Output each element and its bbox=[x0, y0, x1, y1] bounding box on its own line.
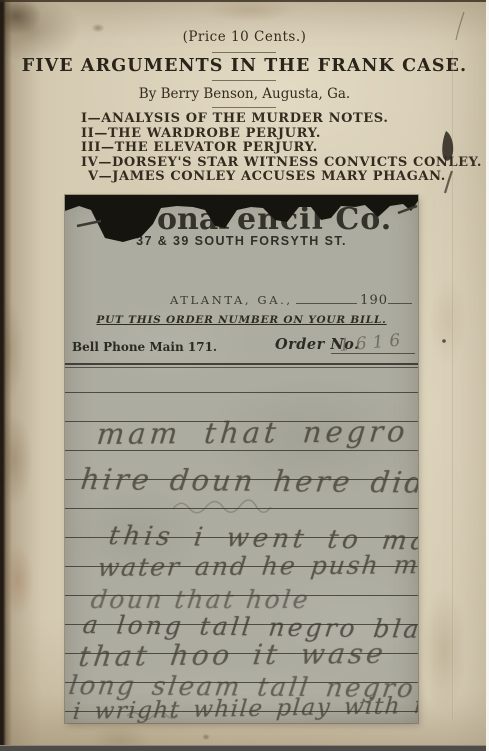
ink-streak-mark bbox=[445, 171, 452, 193]
scratch-mark bbox=[456, 12, 464, 40]
ink-marks-overlay bbox=[0, 0, 489, 751]
pamphlet-cover-scan: (Price 10 Cents.) FIVE ARGUMENTS IN THE … bbox=[0, 0, 489, 751]
ink-dot-mark bbox=[442, 339, 446, 343]
ink-blob-mark bbox=[442, 131, 453, 161]
